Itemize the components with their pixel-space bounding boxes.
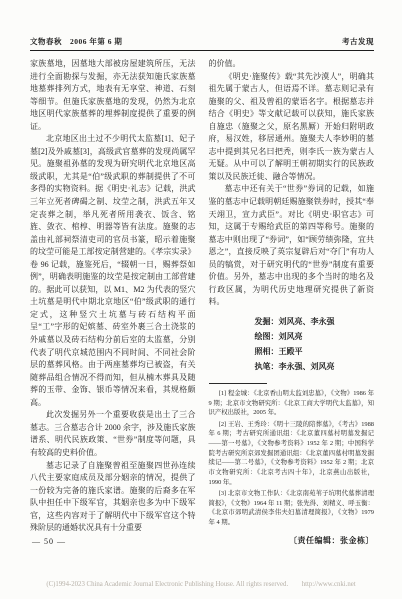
- credit-writing: 执笔：李永强、刘风亮: [255, 359, 375, 374]
- two-column-body: 家族墓地，因墓地大部被房屋建筑所压，无法进行全面勘探与发掘，亦无法获知施氏家族墓…: [30, 58, 374, 547]
- credits-block: 发掘：刘风亮、李永强 绘图：刘风亮 照相：王殿平 执笔：李永强、刘风亮: [209, 314, 375, 374]
- page-content: 文物春秋 2006 年第 6 期 考古发现 家族墓地，因墓地大部被房屋建筑所压，…: [30, 36, 374, 547]
- left-column: 家族墓地，因墓地大部被房屋建筑所压，无法进行全面勘探与发掘，亦无法获知施氏家族墓…: [30, 58, 196, 547]
- editor-credit: 〔责任编辑：张金栋〕: [209, 535, 375, 548]
- page-number: — 50 —: [32, 537, 66, 546]
- paragraph: 此次发掘另外一个重要收获是出土了三合墓志。三合墓志合计 2000 余字，涉及施氏…: [30, 409, 196, 459]
- footnote: [2] 王岩、王秀玲：《明十三陵的陪葬墓》，《考古》1988 年 6 期；考古研…: [209, 420, 375, 488]
- paragraph: 墓志中还有关于“世券”券词的记载，如施鉴的墓志中记载明朝廷赐施聚铁券时，授其“奉…: [209, 183, 375, 308]
- paragraph: 墓志记录了自施聚曾祖至施聚四世孙连续八代主要家庭成员及部分姻亲的情况，提供了一份…: [30, 460, 196, 535]
- paragraph: 《明史·施聚传》载“其先沙漠人”，明确其祖先属于蒙古人，但语焉不详。墓志则记录有…: [209, 71, 375, 184]
- footnote: [1] 程金城：《北京香山明太监刘忠墓》，《文物》1986 年 9 期；北京市文…: [209, 389, 375, 418]
- footnotes-block: [1] 程金城：《北京香山明太监刘忠墓》，《文物》1986 年 9 期；北京市文…: [209, 389, 375, 528]
- right-column: 的价值。 《明史·施聚传》载“其先沙漠人”，明确其祖先属于蒙古人，但语焉不详。墓…: [209, 58, 375, 547]
- scanned-journal-page: 文物春秋 2006 年第 6 期 考古发现 家族墓地，因墓地大部被房屋建筑所压，…: [0, 0, 402, 599]
- journal-title: 文物春秋 2006 年第 6 期: [30, 36, 122, 47]
- page-header: 文物春秋 2006 年第 6 期 考古发现: [30, 36, 374, 51]
- cnki-copyright: (C)1994-2023 China Academic Journal Elec…: [0, 578, 402, 588]
- paragraph: 家族墓地，因墓地大部被房屋建筑所压，无法进行全面勘探与发掘，亦无法获知施氏家族墓…: [30, 58, 196, 133]
- paragraph: 的价值。: [209, 58, 375, 71]
- credit-photo: 照相：王殿平: [255, 344, 375, 359]
- credit-drawing: 绘图：刘风亮: [255, 329, 375, 344]
- paragraph: 北京地区出土过不少明代太监墓[1]、妃子墓[2]及外戚墓[3]，高级武官墓葬的发…: [30, 133, 196, 409]
- section-label: 考古发现: [342, 36, 374, 47]
- credit-excavation: 发掘：刘风亮、李永强: [255, 314, 375, 329]
- footnote-divider: [209, 383, 267, 384]
- footnote: [3] 北京市文物工作队：《北京南苑苇子坑明代墓葬清理简报》，《文物》1964 …: [209, 489, 375, 528]
